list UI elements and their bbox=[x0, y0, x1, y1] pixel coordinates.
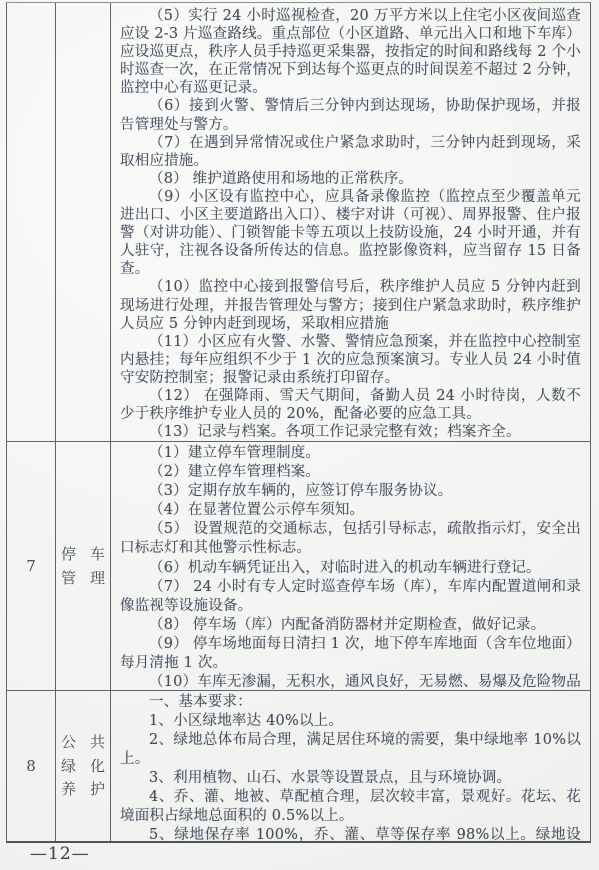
content-paragraph: （5） 设置规范的交通标志，包括引导标志，疏散指示灯，安全出口标志灯和其他警示性… bbox=[120, 520, 581, 558]
row-label-cell bbox=[56, 3, 111, 441]
content-paragraph: （13）记录与档案。各项工作记录完整有效；档案齐全。 bbox=[120, 423, 581, 441]
content-paragraph: （9）小区设有监控中心，应具备录像监控（监控点至少覆盖单元进出口、小区主要道路出… bbox=[120, 188, 581, 278]
row-number: 7 bbox=[26, 557, 36, 575]
content-paragraph: 一、基本要求： bbox=[120, 693, 581, 712]
row-number-cell bbox=[7, 3, 56, 441]
content-paragraph: （4）在显著位置公示停车须知。 bbox=[120, 501, 581, 520]
row-label-cell: 停车 管理 bbox=[56, 442, 111, 690]
content-paragraph: 1、小区绿地率达 40%以上。 bbox=[120, 712, 581, 731]
content-paragraph: （5）实行 24 小时巡视检查，20 万平方米以上住宅小区夜间巡查应设 2-3 … bbox=[120, 7, 581, 97]
content-paragraph: （7）在遇到异常情况或住户紧急求助时，三分钟内赶到现场，采取相应措施。 bbox=[120, 134, 581, 170]
row-label-line: 绿化 bbox=[61, 758, 105, 775]
row-number: 8 bbox=[26, 757, 36, 775]
row-label-cell: 公共 绿化 养护 bbox=[56, 691, 111, 841]
content-paragraph: 4、乔、灌、地被、草配植合理，层次较丰富，景观好。花坛、花境面积占绿地总面积的 … bbox=[120, 788, 581, 826]
content-paragraph: （9） 停车场地面每日清扫 1 次，地下停车库地面（含车位地面）每月清拖 1 次… bbox=[120, 635, 581, 673]
row-label-line: 管理 bbox=[61, 570, 105, 587]
row-content-cell: 一、基本要求： 1、小区绿地率达 40%以上。 2、绿地总体布局合理，满足居住环… bbox=[111, 691, 590, 841]
content-paragraph: （8） 停车场（库）内配备消防器材并定期检查，做好记录。 bbox=[120, 616, 581, 635]
table-row-public-greening: 8 公共 绿化 养护 一、基本要求： 1、小区绿地率达 40%以上。 2、绿地总… bbox=[7, 691, 590, 841]
content-paragraph: （6）机动车辆凭证出入，对临时进入的机动车辆进行登记。 bbox=[120, 559, 581, 578]
row-number-cell: 8 bbox=[7, 691, 56, 841]
content-paragraph: 2、绿地总体布局合理，满足居住环境的需要，集中绿地率 10%以上。 bbox=[120, 731, 581, 769]
content-paragraph: （6）接到火警、警情后三分钟内到达现场，协助保护现场，并报告管理处与警方。 bbox=[120, 97, 581, 133]
content-paragraph: （7） 24 小时有专人定时巡查停车场（库），车库内配置道闸和录像监视等设施设备… bbox=[120, 578, 581, 616]
scanned-document-page: （5）实行 24 小时巡视检查，20 万平方米以上住宅小区夜间巡查应设 2-3 … bbox=[0, 0, 599, 870]
table-row-order-maintenance: （5）实行 24 小时巡视检查，20 万平方米以上住宅小区夜间巡查应设 2-3 … bbox=[7, 3, 590, 442]
row-label-line: 停车 bbox=[61, 546, 105, 563]
content-paragraph: （2）建立停车管理档案。 bbox=[120, 463, 581, 482]
page-number: —12— bbox=[30, 844, 90, 864]
row-label-line: 养护 bbox=[61, 781, 105, 798]
content-paragraph: （10）车库无渗漏，无积水，通风良好，无易燃、易爆及危险物品存放。 bbox=[120, 673, 581, 690]
row-content-cell: （5）实行 24 小时巡视检查，20 万平方米以上住宅小区夜间巡查应设 2-3 … bbox=[111, 3, 590, 441]
content-paragraph: （10）监控中心接到报警信号后，秩序维护人员应 5 分钟内赶到现场进行处理，并报… bbox=[120, 278, 581, 332]
row-label-line: 公共 bbox=[61, 734, 105, 751]
table-row-parking-management: 7 停车 管理 （1）建立停车管理制度。 （2）建立停车管理档案。 （3）定期存… bbox=[7, 442, 590, 691]
content-paragraph: （11）小区应有火警、水警、警情应急预案，并在监控中心控制室内悬挂；每年应组织不… bbox=[120, 333, 581, 387]
row-content-cell: （1）建立停车管理制度。 （2）建立停车管理档案。 （3）定期存放车辆的，应签订… bbox=[111, 442, 590, 690]
content-paragraph: （12） 在强降雨、雪天气期间，备勤人员 24 小时待岗，人数不少于秩序维护专业… bbox=[120, 387, 581, 423]
content-paragraph: （8） 维护道路使用和场地的正常秩序。 bbox=[120, 170, 581, 188]
content-paragraph: （1）建立停车管理制度。 bbox=[120, 444, 581, 463]
content-paragraph: 3、利用植物、山石、水景等设置景点，且与环境协调。 bbox=[120, 769, 581, 788]
content-paragraph: 5、绿地保存率 100%，乔、灌、草等保存率 98%以上。绿地设施、硬质景观保持… bbox=[120, 826, 581, 841]
content-paragraph: （3）定期存放车辆的，应签订停车服务协议。 bbox=[120, 482, 581, 501]
document-table: （5）实行 24 小时巡视检查，20 万平方米以上住宅小区夜间巡查应设 2-3 … bbox=[6, 2, 591, 843]
row-number-cell: 7 bbox=[7, 442, 56, 690]
